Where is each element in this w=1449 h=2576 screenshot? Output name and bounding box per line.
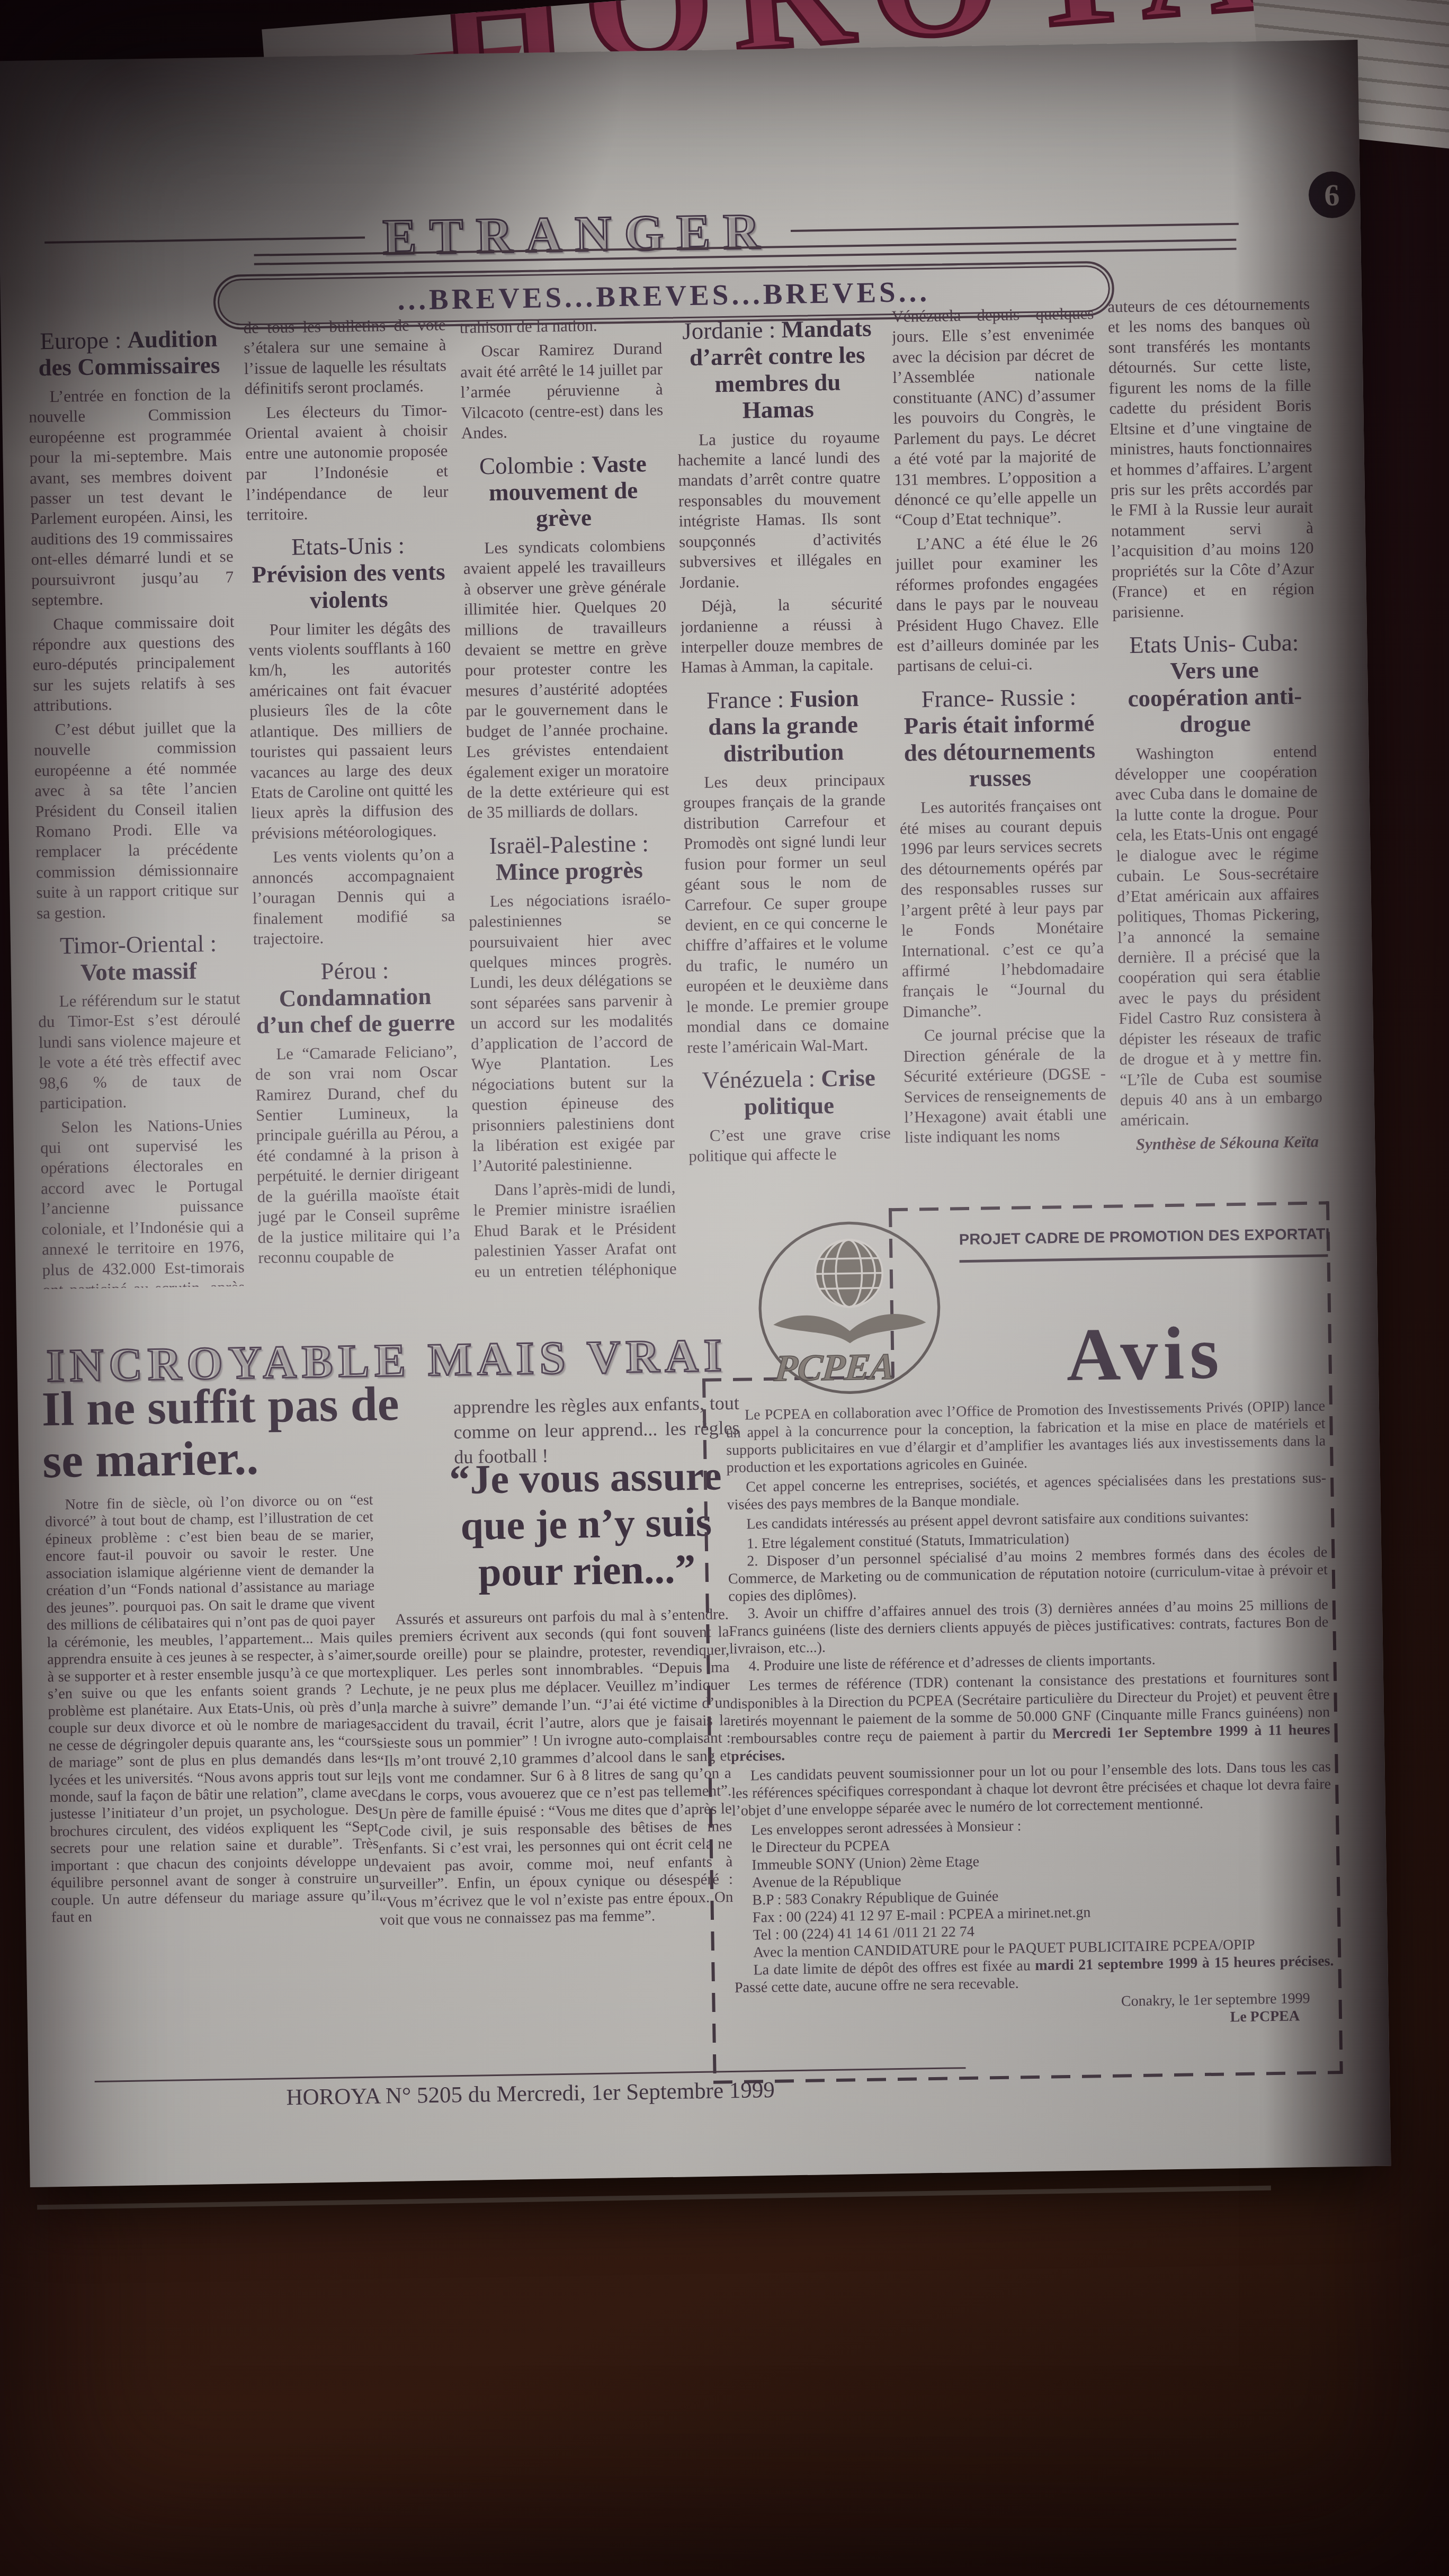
marier-article-body: Notre fin de siècle, où l’on divorce ou … bbox=[44, 1492, 382, 2084]
brief-paragraph: Les négociations israélo-palestiniennes … bbox=[468, 888, 675, 1176]
photo-stage: HOROYA ETRANGER 6 ...BREVES...BREVES...B… bbox=[0, 0, 1449, 2576]
brief-heading-perou: Pérou : Condamnation d’un chef de guerre bbox=[253, 956, 457, 1039]
brief-paragraph: auteurs de ces détournements et les noms… bbox=[1107, 294, 1315, 623]
breves-column-6: auteurs de ces détournements et les noms… bbox=[1107, 294, 1325, 1282]
avis-paragraph: Les termes de référence (TDR) contenant … bbox=[730, 1668, 1330, 1765]
brief-paragraph: Les syndicats colombiens avaient appelé … bbox=[463, 535, 669, 824]
under-paper-edge bbox=[37, 2186, 1271, 2210]
breves-column-3: trahison de la nation. Oscar Ramirez Dur… bbox=[459, 315, 677, 1282]
brief-title: Vote massif bbox=[80, 957, 197, 985]
brief-heading-colombie: Colombie : Vaste mouvement de grève bbox=[461, 450, 665, 533]
brief-paragraph: Les deux principaux groupes français de … bbox=[683, 770, 889, 1058]
quote-article-title: “Je vous assure que je n’y suis pour rie… bbox=[433, 1452, 739, 1596]
page-number-badge: 6 bbox=[1308, 171, 1355, 218]
brief-kicker: Timor-Oriental : bbox=[60, 930, 217, 959]
brief-paragraph: Les vents violents qu’on a annoncés acco… bbox=[252, 844, 455, 949]
brief-kicker: Jordanie : bbox=[682, 316, 776, 344]
brief-kicker: Etats Unis- Cuba: bbox=[1129, 629, 1299, 658]
brief-title: Prévision des vents violents bbox=[252, 558, 445, 613]
brief-paragraph: Le référendum sur le statut du Timor-Est… bbox=[38, 988, 242, 1114]
avis-paragraph: Cet appel concerne les entreprises, soci… bbox=[727, 1469, 1327, 1514]
brief-heading-etats-unis: Etats-Unis : Prévision des vents violent… bbox=[247, 532, 450, 615]
header-rule-right bbox=[791, 222, 1239, 231]
quote-article-body: Assurés et assureurs ont parfois du mal … bbox=[375, 1606, 737, 2113]
brief-paragraph: Chaque commissaire doit répondre aux que… bbox=[32, 611, 236, 716]
avis-body: Le PCPEA en collaboration avec l’Office … bbox=[726, 1397, 1336, 2078]
brief-paragraph: trahison de la nation. bbox=[459, 315, 662, 338]
brief-kicker: Europe : bbox=[40, 327, 121, 354]
brief-heading-france-fusion: France : Fusion dans la grande distribut… bbox=[681, 684, 884, 767]
article-paragraph: Assurés et assureurs ont parfois du mal … bbox=[375, 1606, 734, 1929]
brief-paragraph: C’est début juillet que la nouvelle comm… bbox=[33, 717, 239, 923]
wings-shape bbox=[773, 1313, 926, 1344]
brief-heading-etats-unis-cuba: Etats Unis- Cuba: Vers une coopération a… bbox=[1113, 629, 1317, 739]
breves-column-1: Europe : Audition des Commissaires L’ent… bbox=[28, 325, 245, 1290]
avis-paragraph: Les candidats peuvent soumissionner pour… bbox=[731, 1758, 1331, 1820]
breves-banner-text: ...BREVES...BREVES...BREVES... bbox=[397, 274, 930, 316]
breves-column-2: de tous les bulletins de vote s’étalera … bbox=[243, 315, 461, 1284]
brief-kicker: Colombie : bbox=[479, 451, 586, 479]
brief-heading-israel-palestine: Israël-Palestine : Mince progrès bbox=[468, 830, 671, 887]
brief-paragraph: Oscar Ramirez Durand avait été arrêté le… bbox=[460, 338, 664, 443]
globe-icon bbox=[815, 1239, 883, 1308]
article-paragraph: Notre fin de siècle, où l’on divorce ou … bbox=[44, 1492, 380, 1927]
brief-heading-venezuela: Vénézuela : Crise politique bbox=[687, 1064, 891, 1121]
brief-paragraph: Washington entend développer une coopéra… bbox=[1114, 741, 1322, 1131]
brief-paragraph: Vénézuela depuis quelques jours. Elle s’… bbox=[891, 303, 1097, 531]
avis-text-run: Passé cette date, aucune offre ne sera r… bbox=[735, 1975, 1019, 1996]
brief-paragraph: C’est une grave crise politique qui affe… bbox=[688, 1123, 891, 1167]
brief-kicker: Israël-Palestine : bbox=[489, 830, 649, 859]
brief-title: Vers une coopération anti-drogue bbox=[1128, 657, 1302, 738]
brief-kicker: France : bbox=[706, 686, 784, 713]
brief-paragraph: Ce journal précise que la Direction géné… bbox=[903, 1023, 1107, 1148]
brief-paragraph: Le “Camarade Feliciano”, de son vrai nom… bbox=[255, 1041, 461, 1268]
brief-heading-jordanie: Jordanie : Mandats d’arrêt contre les me… bbox=[676, 315, 880, 425]
avis-title: Avis bbox=[964, 1307, 1326, 1400]
header-rule-left bbox=[44, 236, 365, 243]
brief-paragraph: Selon les Nations-Unies qui ont supervis… bbox=[40, 1114, 245, 1289]
newspaper-page: ETRANGER 6 ...BREVES...BREVES...BREVES..… bbox=[0, 40, 1391, 2187]
brief-title: Mince progrès bbox=[496, 857, 643, 885]
brief-kicker: Etats-Unis : bbox=[291, 532, 405, 560]
avis-condition: 2. Disposer d’un personnel spécialisé d’… bbox=[728, 1544, 1328, 1606]
brief-paragraph: L’ANC a été élue le 26 juillet pour exam… bbox=[895, 531, 1099, 677]
brief-heading-europe: Europe : Audition des Commissaires bbox=[28, 325, 231, 382]
brief-heading-timor: Timor-Oriental : Vote massif bbox=[37, 930, 240, 987]
brief-kicker: France- Russie : bbox=[921, 683, 1076, 712]
brief-paragraph: Dans l’après-midi de lundi, le Premier m… bbox=[473, 1177, 677, 1281]
brief-paragraph: Pour limiter les dégâts des vents violen… bbox=[248, 617, 454, 844]
brief-signature: Synthèse de Sékouna Keïta bbox=[1121, 1131, 1323, 1155]
brief-paragraph: L’entrée en fonction de la nouvelle Comm… bbox=[28, 383, 234, 611]
brief-heading-france-russie: France- Russie : Paris était informé des… bbox=[897, 683, 1101, 793]
section-header: ETRANGER bbox=[44, 194, 1239, 272]
brief-paragraph: de tous les bulletins de vote s’étalera … bbox=[243, 315, 446, 399]
brief-kicker: Vénézuela : bbox=[702, 1066, 815, 1094]
brief-paragraph: La justice du royaume hachemite a lancé … bbox=[677, 427, 882, 593]
avis-paragraph: Le PCPEA en collaboration avec l’Office … bbox=[726, 1397, 1326, 1477]
brief-title: Paris était informé des détournements ru… bbox=[904, 710, 1095, 792]
avis-bold-date: mardi 21 septembre 1999 à 15 heures préc… bbox=[1035, 1953, 1334, 1974]
brief-title: Condamnation d’un chef de guerre bbox=[256, 983, 455, 1039]
page-footer-text: HOROYA N° 5205 du Mercredi, 1er Septembr… bbox=[286, 2078, 775, 2110]
brief-paragraph: Les électeurs du Timor-Oriental avaient … bbox=[245, 400, 449, 525]
brief-kicker: Pérou : bbox=[320, 957, 389, 985]
pcpea-logo-text: PCPEA bbox=[773, 1346, 897, 1389]
breves-column-5: Vénézuela depuis quelques jours. Elle s’… bbox=[891, 303, 1108, 1268]
pcpea-logo: PCPEA bbox=[752, 1218, 946, 1398]
brief-paragraph: Déjà, la sécurité jordanienne a réussi à… bbox=[680, 593, 883, 678]
marier-article-title: Il ne suffit pas de se marier.. bbox=[41, 1378, 416, 1487]
avis-condition: 3. Avoir un chiffre d’affaires annuel de… bbox=[729, 1596, 1329, 1658]
brief-paragraph: Les autorités françaises ont été mises a… bbox=[899, 795, 1105, 1022]
